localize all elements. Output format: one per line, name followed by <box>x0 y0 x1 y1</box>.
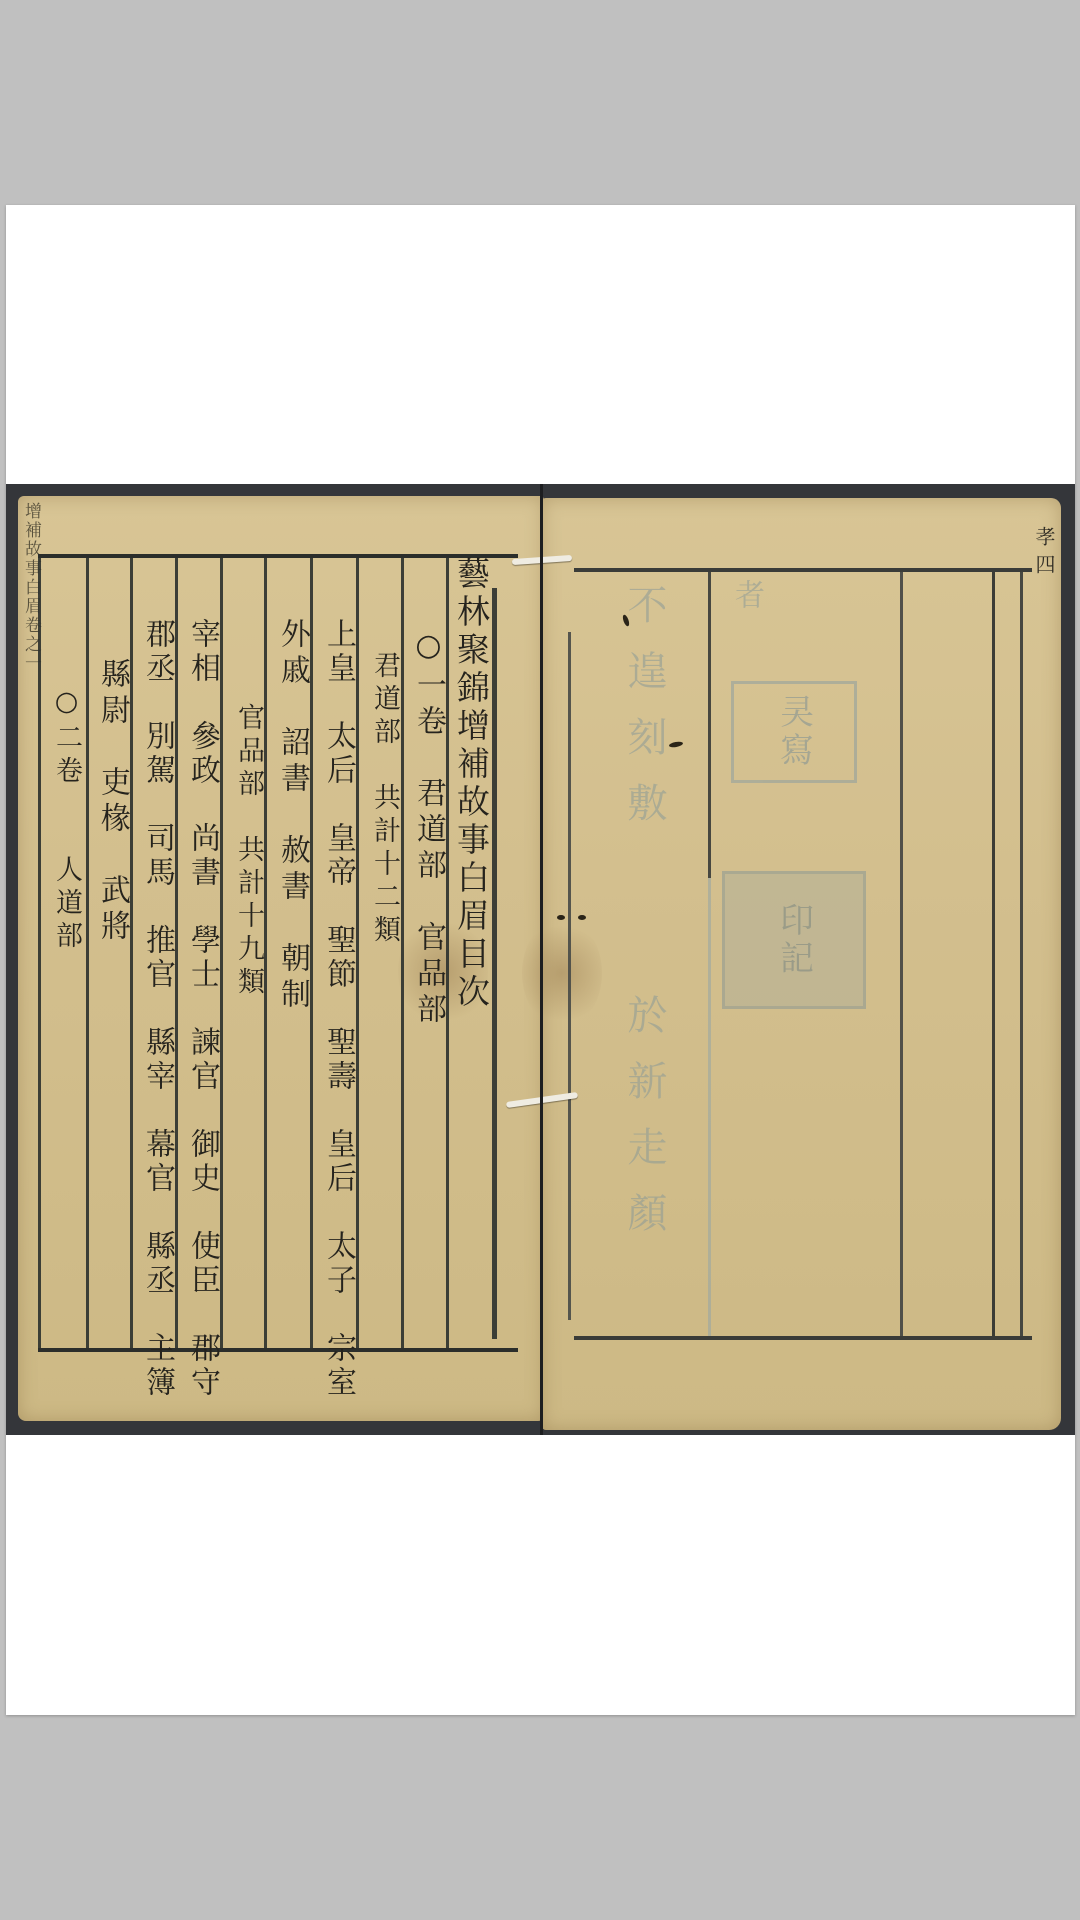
toc-entries-guanpin-3: 縣尉 吏椽 武將 <box>92 658 132 946</box>
left-page: 增補故事白眉卷之一 藝林聚錦增補故事白眉目次 ○一卷 君道部 官品部 君道部 共… <box>18 496 544 1421</box>
toc-section-guanpin: 官品部 共計十九類 <box>228 670 268 1000</box>
column-rule <box>38 558 41 1348</box>
page-mark: 孝四 <box>1030 526 1059 582</box>
toc-volume-2-heading: ○二卷 人道部 <box>46 686 86 954</box>
column-rule <box>568 632 571 1320</box>
toc-entries-jundao-2: 外戚 詔書 赦書 朝制 <box>272 618 312 1014</box>
column-rule <box>1020 572 1023 1336</box>
toc-entries-guanpin-2: 郡丞 別駕 司馬 推官 縣宰 幕官 縣丞 主簿 <box>137 618 177 1400</box>
book-spine <box>540 484 543 1435</box>
show-through-text-2: 於新走顏 <box>616 994 673 1258</box>
column-rule-faint <box>708 878 711 1336</box>
toc-entries-guanpin-1: 宰相 參政 尚書 學士 諫官 御史 使臣 郡守 <box>182 618 222 1400</box>
left-page-frame: 藝林聚錦增補故事白眉目次 ○一卷 君道部 官品部 君道部 共計十二類 上皇 太后… <box>38 554 518 1352</box>
worm-hole <box>578 915 586 920</box>
column-rule <box>992 572 995 1336</box>
column-rule <box>492 588 497 1339</box>
toc-volume-1-heading: ○一卷 君道部 官品部 <box>408 628 448 1029</box>
book-scan-image: 增補故事白眉卷之一 藝林聚錦增補故事白眉目次 ○一卷 君道部 官品部 君道部 共… <box>6 484 1075 1435</box>
worm-hole <box>557 915 565 920</box>
column-rule <box>900 572 903 1336</box>
toc-section-jundao: 君道部 共計十二類 <box>364 618 404 948</box>
column-rule <box>708 572 711 878</box>
toc-entries-jundao-1: 上皇 太后 皇帝 聖節 聖壽 皇后 太子 宗室 <box>318 618 358 1400</box>
toc-title: 藝林聚錦增補故事白眉目次 <box>451 556 491 1012</box>
collector-seal-2: 印記 <box>722 871 866 1009</box>
collector-seal-1: 㚑寫 <box>731 681 857 783</box>
column-rule <box>86 558 89 1348</box>
show-through-text-3: 者 <box>724 579 768 635</box>
